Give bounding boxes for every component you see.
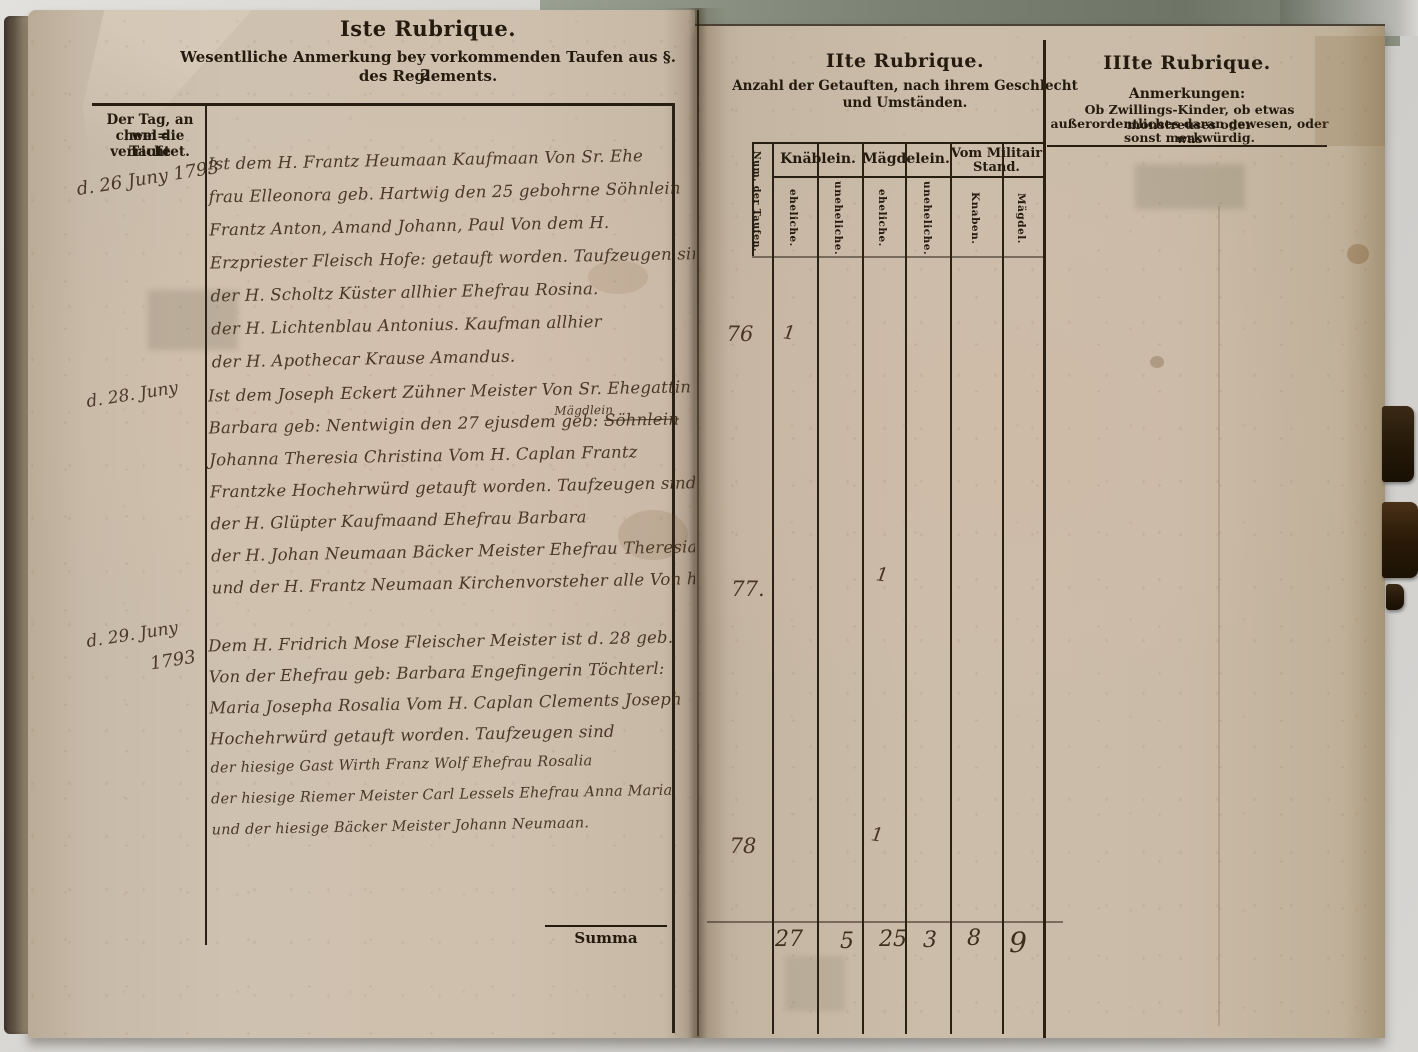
rubrique3-underline bbox=[1047, 145, 1327, 147]
tally-mark: 1 bbox=[782, 321, 797, 344]
group-header-maegdelein: Mägdelein. bbox=[862, 151, 950, 167]
entry-date: d. 28. Juny bbox=[85, 378, 179, 412]
gutter-fold-line bbox=[697, 10, 699, 1036]
table-vertical-line bbox=[862, 142, 864, 1034]
baptism-entry: Ist dem H. Frantz Heumaan Kaufmaan Von S… bbox=[208, 146, 682, 386]
row-number: 78 bbox=[720, 834, 766, 858]
summa-value: 27 bbox=[769, 927, 809, 952]
subheader-eheliche: eheliche. bbox=[787, 182, 799, 254]
group-header-rule bbox=[772, 176, 1045, 178]
rubrique2-subtitle-1: Anzahl der Getauften, nach ihrem Geschle… bbox=[720, 78, 1090, 94]
rubrique2-title: IIte Rubrique. bbox=[755, 50, 1055, 72]
baptism-entry: Ist dem Joseph Eckert Zühner Meister Von… bbox=[208, 378, 682, 611]
group-header-militair-2: Stand. bbox=[950, 160, 1043, 175]
group-header-knaeblein: Knäblein. bbox=[774, 151, 862, 167]
left-page-title: Iste Rubrique. bbox=[198, 16, 658, 41]
summa-value: 9 bbox=[998, 926, 1038, 959]
group-header-militair-1: Vom Militair bbox=[950, 146, 1043, 161]
header-rule bbox=[92, 103, 674, 106]
entry-date: d. 29. Juny bbox=[85, 618, 179, 652]
num-column-header: Num. der Taufen. bbox=[751, 147, 762, 255]
paper-stain bbox=[1347, 244, 1369, 264]
table-vertical-line bbox=[905, 142, 907, 1034]
book-clasp-top bbox=[1382, 406, 1414, 482]
rubrique2-subtitle-2: und Umständen. bbox=[720, 95, 1090, 111]
rubrique3-title: IIIte Rubrique. bbox=[1057, 52, 1317, 74]
left-page: Iste Rubrique. Wesentlliche Anmerkung be… bbox=[28, 10, 695, 1038]
page-crease bbox=[1218, 206, 1220, 1026]
book-clasp-small bbox=[1386, 584, 1404, 610]
table-vertical-line bbox=[1002, 142, 1004, 1034]
summa-value: 25 bbox=[873, 927, 913, 952]
left-page-subtitle-2: des Reglements. bbox=[178, 67, 678, 85]
summa-value: 5 bbox=[827, 929, 867, 954]
scanned-book-spread: Iste Rubrique. Wesentlliche Anmerkung be… bbox=[0, 0, 1418, 1052]
rubrique3-subtitle-3: sonst merkwürdig. bbox=[1047, 130, 1332, 145]
table-vertical-line bbox=[817, 142, 819, 1034]
subheader-knaben: Knaben. bbox=[969, 182, 981, 254]
baptism-entry: Dem H. Fridrich Mose Fleischer Meister i… bbox=[208, 628, 682, 854]
bleedthrough-ghost bbox=[785, 956, 845, 1011]
table-vertical-line bbox=[950, 142, 952, 1034]
tally-mark: 1 bbox=[870, 823, 885, 846]
right-page: IIte Rubrique. Anzahl der Getauften, nac… bbox=[695, 24, 1385, 1038]
row-number: 77. bbox=[725, 577, 771, 601]
subheader-uneheliche: uneheliche. bbox=[832, 180, 844, 256]
inserted-word: Mägdlein bbox=[554, 403, 613, 418]
subheader-eheliche: eheliche. bbox=[876, 182, 888, 254]
entry-date-year: 1793 bbox=[149, 647, 198, 675]
table-vertical-line bbox=[772, 142, 774, 1034]
summa-label: Summa bbox=[545, 925, 667, 947]
date-column-rule bbox=[205, 103, 207, 945]
tally-mark: 1 bbox=[875, 563, 890, 586]
rubrique-divider-rule bbox=[1043, 40, 1046, 1038]
bleedthrough-ghost bbox=[1135, 164, 1245, 209]
book-clasp-bottom bbox=[1382, 502, 1418, 578]
subheader-uneheliche: uneheliche. bbox=[921, 180, 933, 256]
paper-stain bbox=[1150, 356, 1164, 368]
row-number: 76 bbox=[717, 322, 763, 346]
rubrique3-heading: Anmerkungen: bbox=[1057, 86, 1317, 102]
subheader-maegdel: Mägdel. bbox=[1015, 182, 1027, 254]
crossed-out-word: Söhnlein bbox=[604, 409, 679, 429]
summa-value: 8 bbox=[954, 926, 994, 951]
summa-rule bbox=[707, 921, 1063, 923]
summa-value: 3 bbox=[910, 928, 950, 953]
